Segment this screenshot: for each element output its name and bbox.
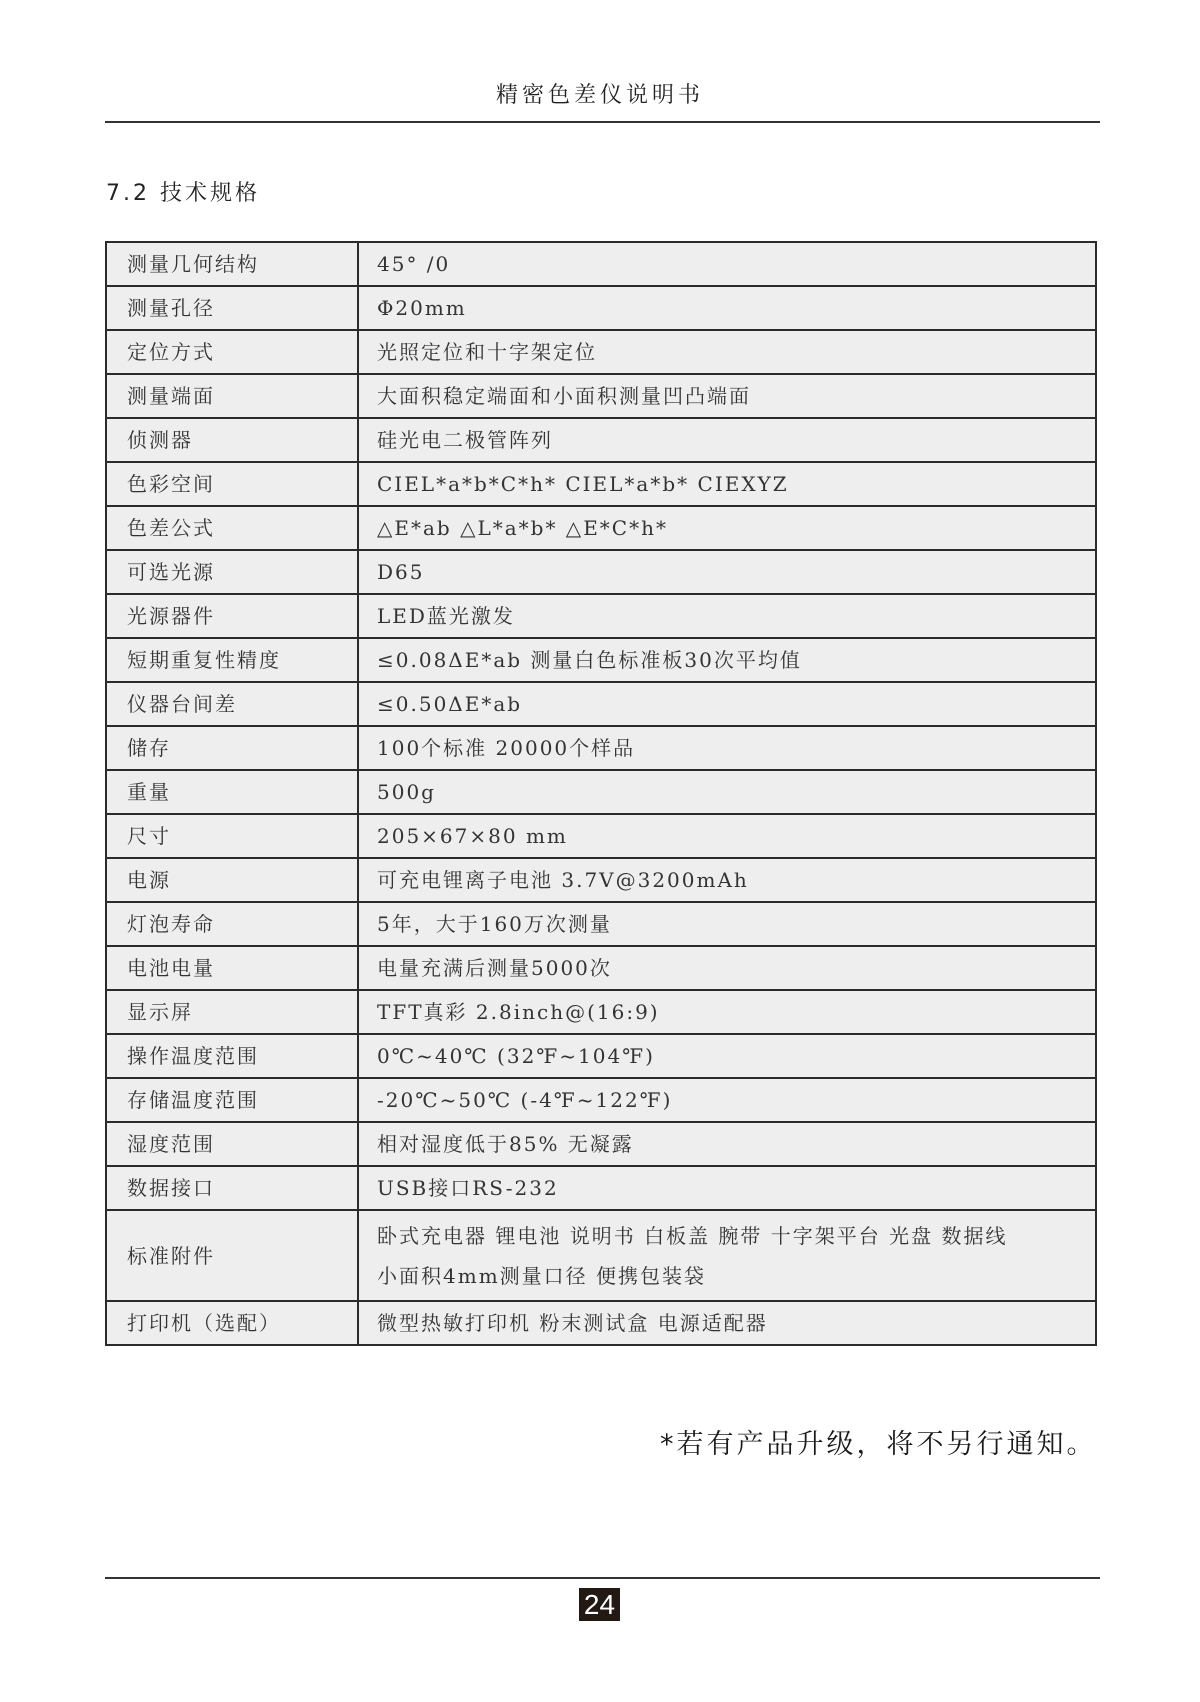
- document-header-title: 精密色差仪说明书: [0, 78, 1200, 109]
- table-row: 侦测器硅光电二极管阵列: [106, 418, 1096, 462]
- page-number: 24: [579, 1588, 620, 1621]
- table-row: 数据接口USB接口RS-232: [106, 1166, 1096, 1210]
- spec-label: 操作温度范围: [106, 1034, 358, 1078]
- spec-value: 相对湿度低于85% 无凝露: [358, 1122, 1096, 1166]
- spec-label: 短期重复性精度: [106, 638, 358, 682]
- table-row: 尺寸205×67×80 mm: [106, 814, 1096, 858]
- spec-label: 光源器件: [106, 594, 358, 638]
- spec-label: 显示屏: [106, 990, 358, 1034]
- spec-value: TFT真彩 2.8inch@(16:9): [358, 990, 1096, 1034]
- spec-value: 大面积稳定端面和小面积测量凹凸端面: [358, 374, 1096, 418]
- spec-value: 5年，大于160万次测量: [358, 902, 1096, 946]
- table-row: 色差公式△E*ab △L*a*b* △E*C*h*: [106, 506, 1096, 550]
- spec-value: -20℃~50℃ (-4℉~122℉): [358, 1078, 1096, 1122]
- table-row: 储存100个标准 20000个样品: [106, 726, 1096, 770]
- spec-label: 定位方式: [106, 330, 358, 374]
- table-row: 色彩空间CIEL*a*b*C*h* CIEL*a*b* CIEXYZ: [106, 462, 1096, 506]
- spec-value: USB接口RS-232: [358, 1166, 1096, 1210]
- table-row: 灯泡寿命5年，大于160万次测量: [106, 902, 1096, 946]
- spec-label: 测量孔径: [106, 286, 358, 330]
- spec-label: 仪器台间差: [106, 682, 358, 726]
- spec-value-line: 卧式充电器 锂电池 说明书 白板盖 腕带 十字架平台 光盘 数据线: [377, 1216, 1077, 1256]
- section-title: 7.2 技术规格: [106, 176, 260, 207]
- spec-label: 测量端面: [106, 374, 358, 418]
- spec-value: 微型热敏打印机 粉末测试盒 电源适配器: [358, 1301, 1096, 1345]
- spec-value: 硅光电二极管阵列: [358, 418, 1096, 462]
- table-row: 重量500g: [106, 770, 1096, 814]
- upgrade-notice: *若有产品升级，将不另行通知。: [660, 1422, 1097, 1461]
- spec-label: 色彩空间: [106, 462, 358, 506]
- table-row: 打印机（选配）微型热敏打印机 粉末测试盒 电源适配器: [106, 1301, 1096, 1345]
- table-row: 电源可充电锂离子电池 3.7V@3200mAh: [106, 858, 1096, 902]
- spec-value: 卧式充电器 锂电池 说明书 白板盖 腕带 十字架平台 光盘 数据线 小面积4mm…: [358, 1210, 1096, 1301]
- spec-value: 45° /0: [358, 242, 1096, 286]
- spec-label: 侦测器: [106, 418, 358, 462]
- spec-value: 光照定位和十字架定位: [358, 330, 1096, 374]
- table-row: 湿度范围相对湿度低于85% 无凝露: [106, 1122, 1096, 1166]
- spec-label: 尺寸: [106, 814, 358, 858]
- spec-value: D65: [358, 550, 1096, 594]
- spec-value: △E*ab △L*a*b* △E*C*h*: [358, 506, 1096, 550]
- table-row: 显示屏TFT真彩 2.8inch@(16:9): [106, 990, 1096, 1034]
- table-row: 定位方式光照定位和十字架定位: [106, 330, 1096, 374]
- spec-value: CIEL*a*b*C*h* CIEL*a*b* CIEXYZ: [358, 462, 1096, 506]
- spec-value: 100个标准 20000个样品: [358, 726, 1096, 770]
- table-row: 测量孔径Φ20mm: [106, 286, 1096, 330]
- spec-value: Φ20mm: [358, 286, 1096, 330]
- spec-label: 存储温度范围: [106, 1078, 358, 1122]
- spec-label: 标准附件: [106, 1210, 358, 1301]
- table-row: 测量几何结构45° /0: [106, 242, 1096, 286]
- table-row: 短期重复性精度≤0.08ΔE*ab 测量白色标准板30次平均值: [106, 638, 1096, 682]
- table-row: 标准附件 卧式充电器 锂电池 说明书 白板盖 腕带 十字架平台 光盘 数据线 小…: [106, 1210, 1096, 1301]
- footer-divider: [105, 1577, 1100, 1579]
- spec-label: 灯泡寿命: [106, 902, 358, 946]
- table-row: 光源器件LED蓝光激发: [106, 594, 1096, 638]
- spec-label: 数据接口: [106, 1166, 358, 1210]
- spec-value: ≤0.50ΔE*ab: [358, 682, 1096, 726]
- spec-value: 205×67×80 mm: [358, 814, 1096, 858]
- spec-value: 500g: [358, 770, 1096, 814]
- spec-value: 电量充满后测量5000次: [358, 946, 1096, 990]
- spec-label: 打印机（选配）: [106, 1301, 358, 1345]
- spec-label: 色差公式: [106, 506, 358, 550]
- header-divider: [105, 121, 1100, 123]
- spec-label: 重量: [106, 770, 358, 814]
- table-row: 仪器台间差≤0.50ΔE*ab: [106, 682, 1096, 726]
- table-row: 操作温度范围0℃~40℃ (32℉~104℉): [106, 1034, 1096, 1078]
- table-row: 存储温度范围-20℃~50℃ (-4℉~122℉): [106, 1078, 1096, 1122]
- spec-label: 湿度范围: [106, 1122, 358, 1166]
- spec-value-line: 小面积4mm测量口径 便携包装袋: [377, 1256, 1077, 1296]
- spec-label: 可选光源: [106, 550, 358, 594]
- table-row: 电池电量电量充满后测量5000次: [106, 946, 1096, 990]
- spec-value: ≤0.08ΔE*ab 测量白色标准板30次平均值: [358, 638, 1096, 682]
- spec-label: 电源: [106, 858, 358, 902]
- table-row: 可选光源D65: [106, 550, 1096, 594]
- spec-value: 0℃~40℃ (32℉~104℉): [358, 1034, 1096, 1078]
- spec-label: 测量几何结构: [106, 242, 358, 286]
- spec-value: LED蓝光激发: [358, 594, 1096, 638]
- spec-table: 测量几何结构45° /0 测量孔径Φ20mm 定位方式光照定位和十字架定位 测量…: [105, 241, 1097, 1346]
- spec-label: 储存: [106, 726, 358, 770]
- table-row: 测量端面大面积稳定端面和小面积测量凹凸端面: [106, 374, 1096, 418]
- spec-value: 可充电锂离子电池 3.7V@3200mAh: [358, 858, 1096, 902]
- spec-label: 电池电量: [106, 946, 358, 990]
